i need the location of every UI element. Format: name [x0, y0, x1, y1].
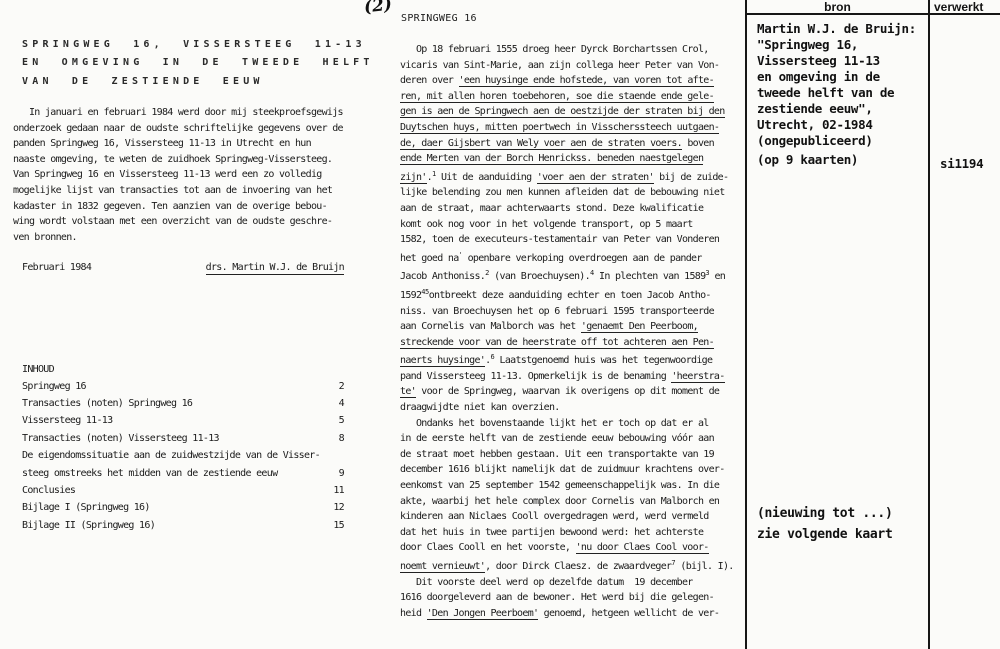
- text-line: akte, waarbij het hele complex door Corn…: [400, 494, 745, 510]
- text-line: naaste omgeving, te weten de zuidhoek Sp…: [13, 152, 343, 168]
- column-header-verwerkt: verwerkt: [934, 0, 1000, 13]
- text-line: ende Merten van der Borch Henrickss. ben…: [400, 151, 745, 167]
- text-line: (ongepubliceerd): [757, 133, 916, 149]
- text-line: lijke belending zou men kunnen afleiden …: [400, 185, 745, 201]
- text-line: niss. van Broechuysen het op 6 februari …: [400, 304, 745, 320]
- text-line: Utrecht, 02-1984: [757, 117, 916, 133]
- text-line: gen is aen de Springwech aen de oestzijd…: [400, 104, 745, 120]
- toc-item-page: 8: [339, 430, 344, 447]
- text-line: heid 'Den Jongen Peerboem' genoemd, hetg…: [400, 606, 745, 622]
- text-line: door Claes Cooll en het voorste, 'nu doo…: [400, 540, 745, 556]
- text-line: onderzoek gedaan naar de oudste schrifte…: [13, 121, 343, 137]
- toc-item: Bijlage II (Springweg 16)15: [22, 517, 344, 534]
- text-line: zie volgende kaart: [757, 524, 892, 545]
- verwerkt-code: si1194: [940, 156, 983, 172]
- text-line: eenkomst van 25 september 1542 gemeensch…: [400, 478, 745, 494]
- text-line: SPRINGWEG 16, VISSERSTEEG 11-13: [22, 36, 374, 54]
- toc-item-label: Bijlage II (Springweg 16): [22, 517, 155, 534]
- text-line: te' voor de Springweg, waarvan ik overig…: [400, 384, 745, 400]
- text-line: wing wordt volstaan met een overzicht va…: [13, 214, 343, 230]
- text-line: naerts huysinge'.6 Laatstgenoemd huis wa…: [400, 350, 745, 369]
- toc-item-page: 2: [339, 378, 344, 395]
- text-line: Martin W.J. de Bruijn:: [757, 21, 916, 37]
- toc-item: Springweg 162: [22, 378, 344, 395]
- text-line: dat het huis in twee partijen bewoond we…: [400, 525, 745, 541]
- text-line: zijn'.1 Uit de aanduiding 'voer aen der …: [400, 167, 745, 186]
- text-line: ren, mit allen horen toebehoren, soe die…: [400, 89, 745, 105]
- section-heading: SPRINGWEG 16: [401, 11, 477, 27]
- toc-item-page: 4: [339, 395, 344, 412]
- text-line: vicaris van Sint-Marie, aan zijn collega…: [400, 58, 745, 74]
- text-line: 1582, toen de executeurs-testamentair va…: [400, 232, 745, 248]
- scanned-document: SPRINGWEG 16, VISSERSTEEG 11-13EN OMGEVI…: [0, 0, 1000, 649]
- text-line: pand Vissersteeg 11-13. Opmerkelijk is d…: [400, 369, 745, 385]
- toc-item: Transacties (noten) Springweg 164: [22, 395, 344, 412]
- text-line: Duytschen huys, mitten poertwech in Viss…: [400, 120, 745, 136]
- text-line: Dit voorste deel werd op dezelfde datum …: [400, 575, 745, 591]
- text-line: Vissersteeg 11-13: [757, 53, 916, 69]
- text-line: VAN DE ZESTIENDE EEUW: [22, 73, 374, 91]
- card-bottom-note: (nieuwing tot ...)zie volgende kaart: [757, 503, 892, 545]
- text-line: aan de straat, maar achterwaarts stond. …: [400, 201, 745, 217]
- toc-item: Transacties (noten) Vissersteeg 11-138: [22, 430, 344, 447]
- toc-item-page: 5: [339, 412, 344, 429]
- text-line: kinderen aan Niclaes Cooll overgedragen …: [400, 509, 745, 525]
- table-of-contents: INHOUD Springweg 162Transacties (noten) …: [22, 362, 344, 534]
- text-line: het goed na' openbare verkoping overdroe…: [400, 248, 745, 267]
- card-left-border: [745, 0, 747, 649]
- toc-item-label: Springweg 16: [22, 378, 86, 395]
- text-line: panden Springweg 16, Vissersteeg 11-13 i…: [13, 136, 343, 152]
- text-line: aan Cornelis van Malborch was het 'genae…: [400, 319, 745, 335]
- text-line: december 1616 blijkt namelijk dat de zui…: [400, 462, 745, 478]
- toc-item: Conclusies11: [22, 482, 344, 499]
- text-line: deren over 'een huysinge ende hofstede, …: [400, 73, 745, 89]
- document-title: SPRINGWEG 16, VISSERSTEEG 11-13EN OMGEVI…: [22, 36, 374, 91]
- text-line: 159245ontbreekt deze aanduiding echter e…: [400, 285, 745, 304]
- text-line: Op 18 februari 1555 droeg heer Dyrck Bor…: [400, 42, 745, 58]
- toc-item-page: 9: [339, 465, 344, 482]
- toc-list: Springweg 162Transacties (noten) Springw…: [22, 378, 344, 535]
- toc-item: De eigendomssituatie aan de zuidwestzijd…: [22, 447, 344, 482]
- card-column-divider: [928, 0, 930, 649]
- text-line: kadaster in 1832 gegeven. Ten aanzien va…: [13, 199, 343, 215]
- toc-item-label: Vissersteeg 11-13: [22, 412, 112, 429]
- source-citation: Martin W.J. de Bruijn:"Springweg 16,Viss…: [757, 21, 916, 149]
- text-line: "Springweg 16,: [757, 37, 916, 53]
- text-line: streckende voor van de heerstrate off to…: [400, 335, 745, 351]
- text-line: Van Springweg 16 en Vissersteeg 11-13 we…: [13, 167, 343, 183]
- text-line: Jacob Anthoniss.2 (van Broechuysen).4 In…: [400, 266, 745, 285]
- text-line: mogelijke lijst van transacties tot aan …: [13, 183, 343, 199]
- toc-item: Vissersteeg 11-135: [22, 412, 344, 429]
- toc-item-label: Transacties (noten) Vissersteeg 11-13: [22, 430, 219, 447]
- text-line: en omgeving in de: [757, 69, 916, 85]
- dateline: Februari 1984 drs. Martin W.J. de Bruijn: [22, 262, 344, 275]
- report-date: Februari 1984: [22, 262, 91, 275]
- handwritten-page-number: (2): [363, 0, 393, 17]
- toc-item-page: 15: [333, 517, 344, 534]
- toc-item: Bijlage I (Springweg 16)12: [22, 499, 344, 516]
- text-line: zestiende eeuw",: [757, 101, 916, 117]
- author-signature: drs. Martin W.J. de Bruijn: [206, 262, 344, 275]
- text-line: draagwijdte niet kan overzien.: [400, 400, 745, 416]
- text-line: Ondanks het bovenstaande lijkt het er to…: [400, 416, 745, 432]
- text-line: tweede helft van de: [757, 85, 916, 101]
- toc-item-label: Transacties (noten) Springweg 16: [22, 395, 192, 412]
- text-line: komt ook nog voor in het volgende transp…: [400, 217, 745, 233]
- toc-item-label: De eigendomssituatie aan de zuidwestzijd…: [22, 447, 320, 482]
- text-line: EN OMGEVING IN DE TWEEDE HELFT: [22, 54, 374, 72]
- text-line: 1616 doorgeleverd aan de bewoner. Het we…: [400, 590, 745, 606]
- toc-item-label: Conclusies: [22, 482, 75, 499]
- intro-paragraph: In januari en februari 1984 werd door mi…: [13, 105, 343, 245]
- text-line: de straat moet hebben gestaan. Uit een t…: [400, 447, 745, 463]
- body-text: Op 18 februari 1555 droeg heer Dyrck Bor…: [400, 42, 745, 621]
- text-line: de, daer Gijsbert van Wely voer aen de s…: [400, 136, 745, 152]
- text-line: (nieuwing tot ...): [757, 503, 892, 524]
- toc-title: INHOUD: [22, 362, 344, 378]
- kaarten-note: (op 9 kaarten): [757, 152, 858, 168]
- text-line: In januari en februari 1984 werd door mi…: [13, 105, 343, 121]
- text-line: noemt vernieuwt', door Dirck Claesz. de …: [400, 556, 745, 575]
- toc-item-label: Bijlage I (Springweg 16): [22, 499, 150, 516]
- toc-item-page: 12: [333, 499, 344, 516]
- text-line: ven bronnen.: [13, 230, 343, 246]
- text-line: in de eerste helft van de zestiende eeuw…: [400, 431, 745, 447]
- toc-item-page: 11: [333, 482, 344, 499]
- column-header-bron: bron: [747, 0, 928, 13]
